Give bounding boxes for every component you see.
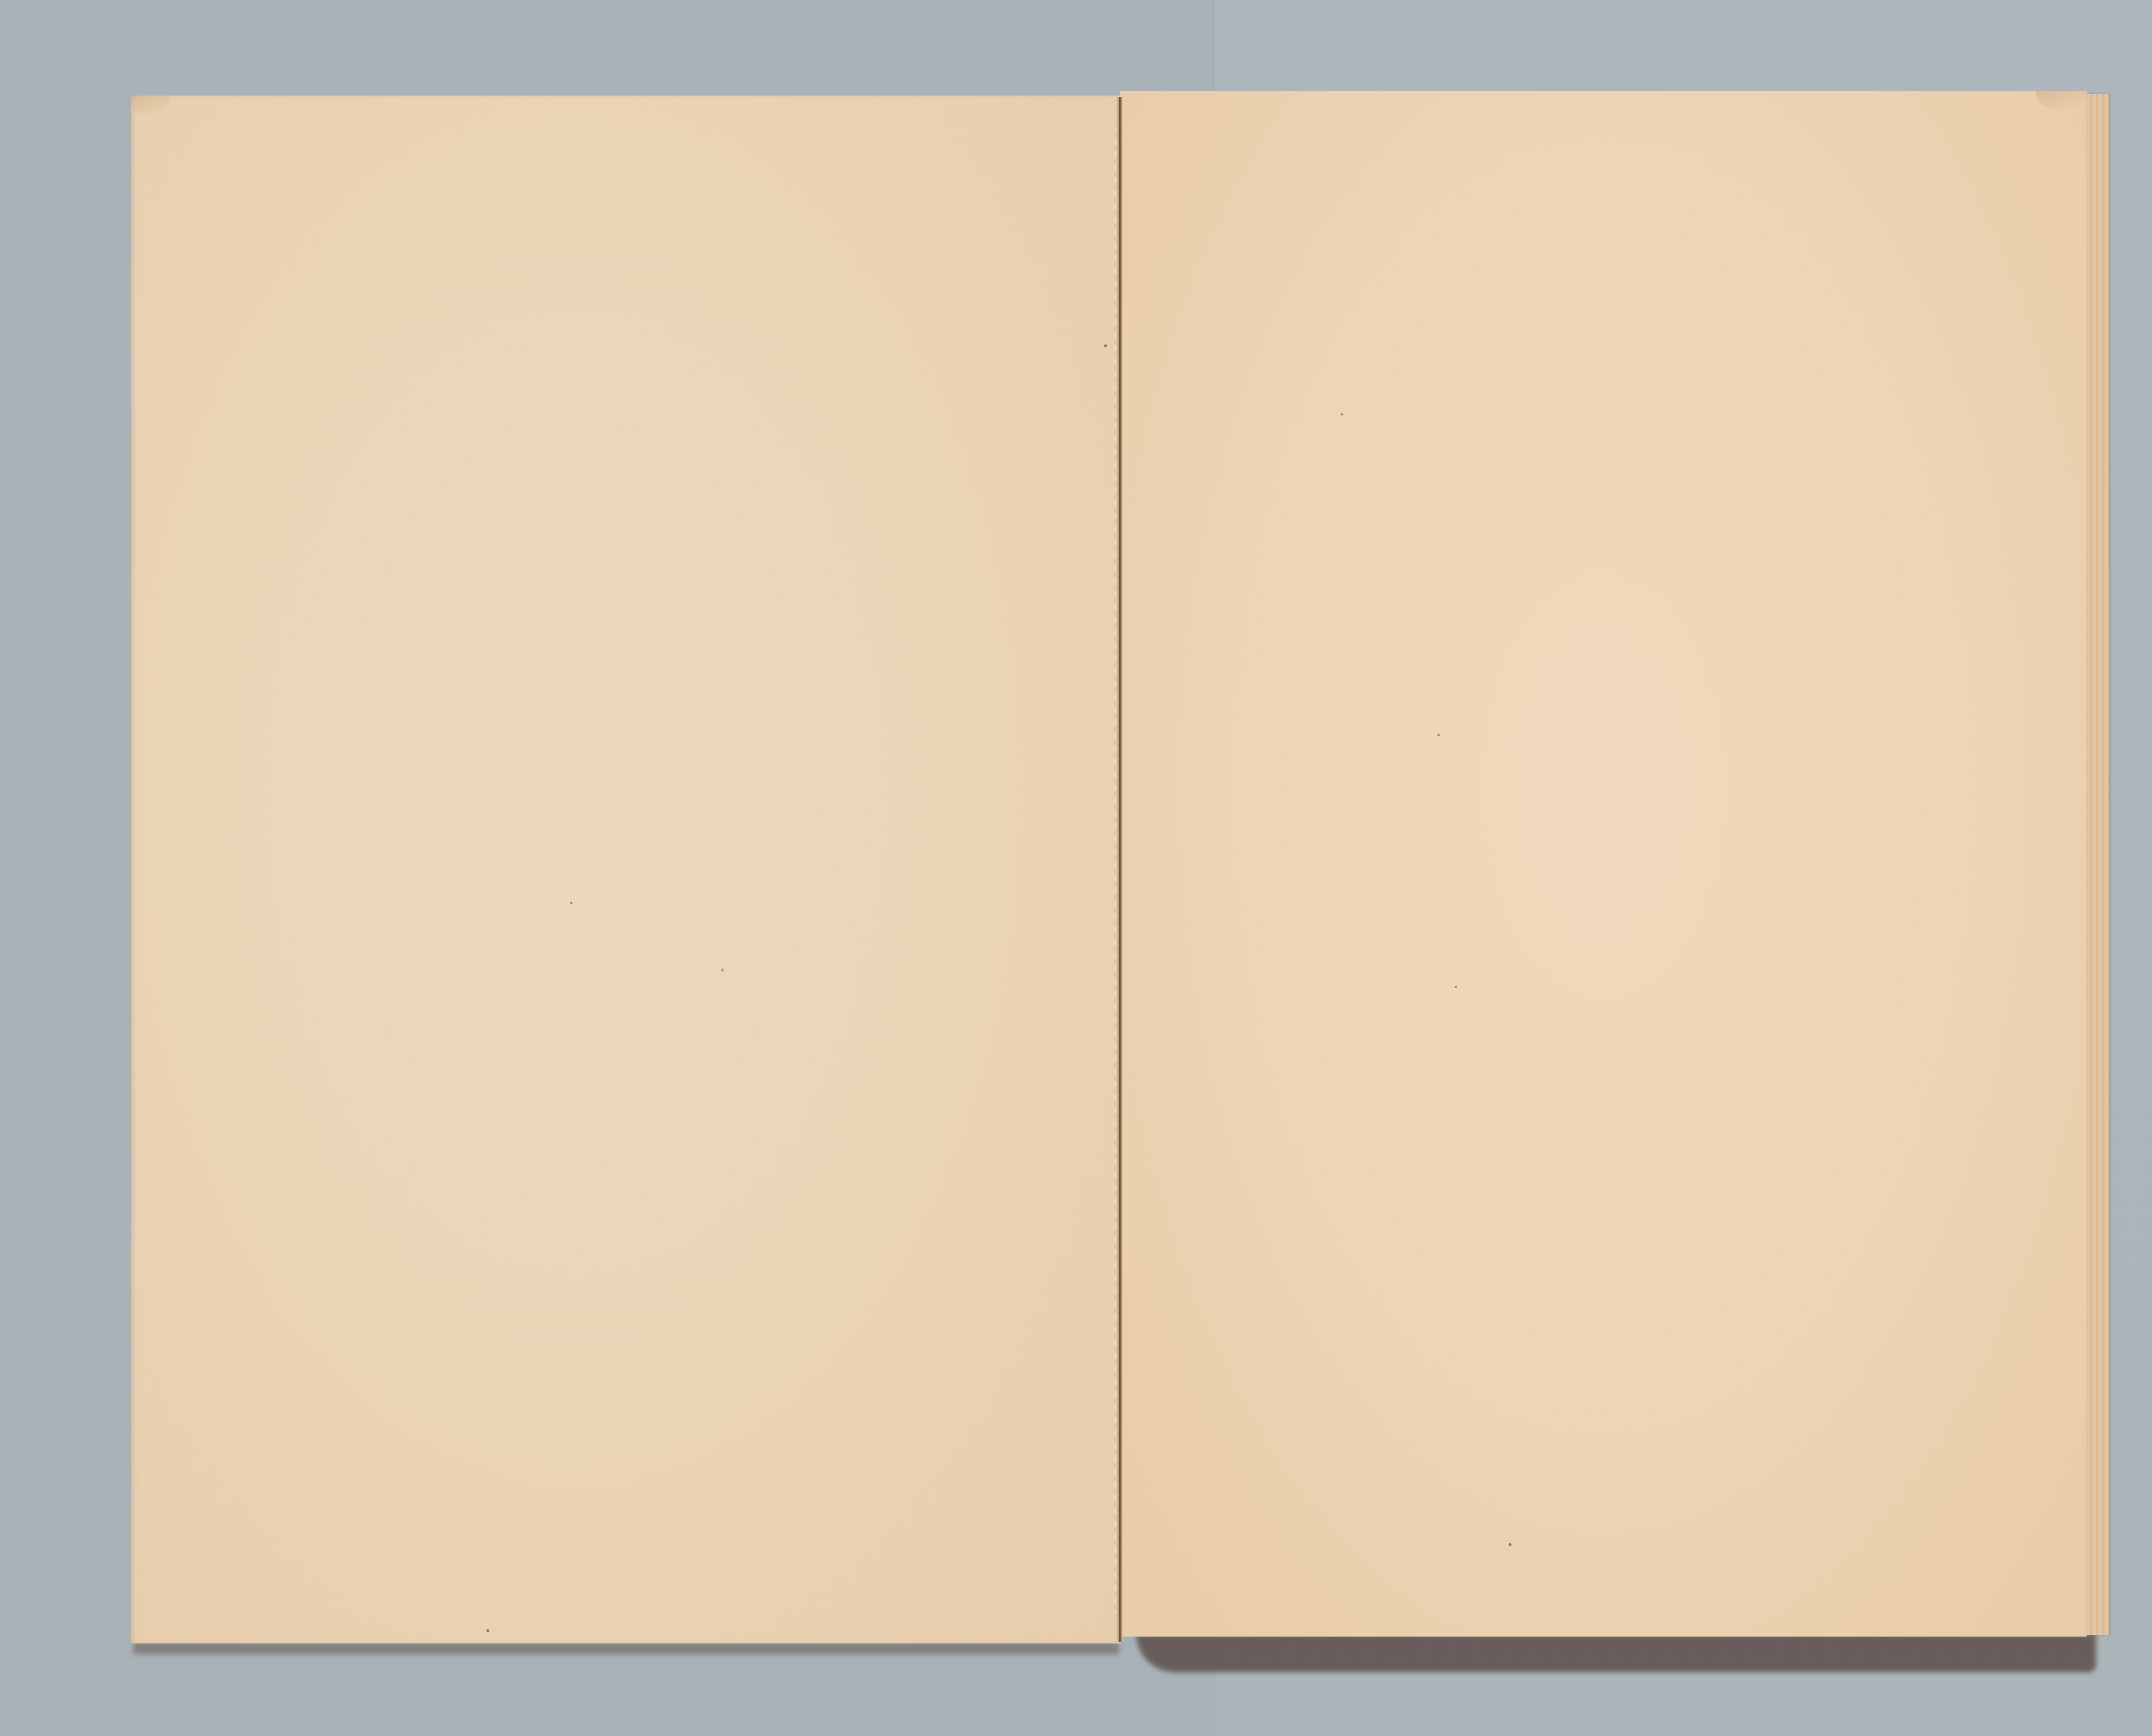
right-page-corner-wear	[2036, 91, 2087, 108]
left-page: Left page (blank verso)	[131, 96, 1121, 1643]
foxing-speck	[1438, 734, 1440, 736]
foxing-speck	[1341, 413, 1343, 415]
right-page-content	[1120, 91, 1121, 92]
right-page: Right page (blank recto)	[1120, 91, 2087, 1637]
right-page-shadow	[1136, 1634, 2096, 1672]
foxing-speck	[1104, 344, 1107, 347]
gutter-deckle-edge	[1114, 129, 1116, 1614]
foxing-speck	[721, 969, 724, 972]
book-gutter	[1116, 97, 1122, 1642]
background-seam-top	[1213, 0, 1214, 99]
foxing-speck	[1509, 1543, 1512, 1546]
foxing-speck	[1455, 986, 1457, 988]
right-page-label: Right page (blank recto)	[1120, 91, 1121, 92]
page-edge-stack	[2087, 94, 2109, 1635]
foxing-speck	[570, 902, 572, 904]
foxing-speck	[486, 1629, 489, 1632]
left-page-shadow	[133, 1642, 1119, 1654]
